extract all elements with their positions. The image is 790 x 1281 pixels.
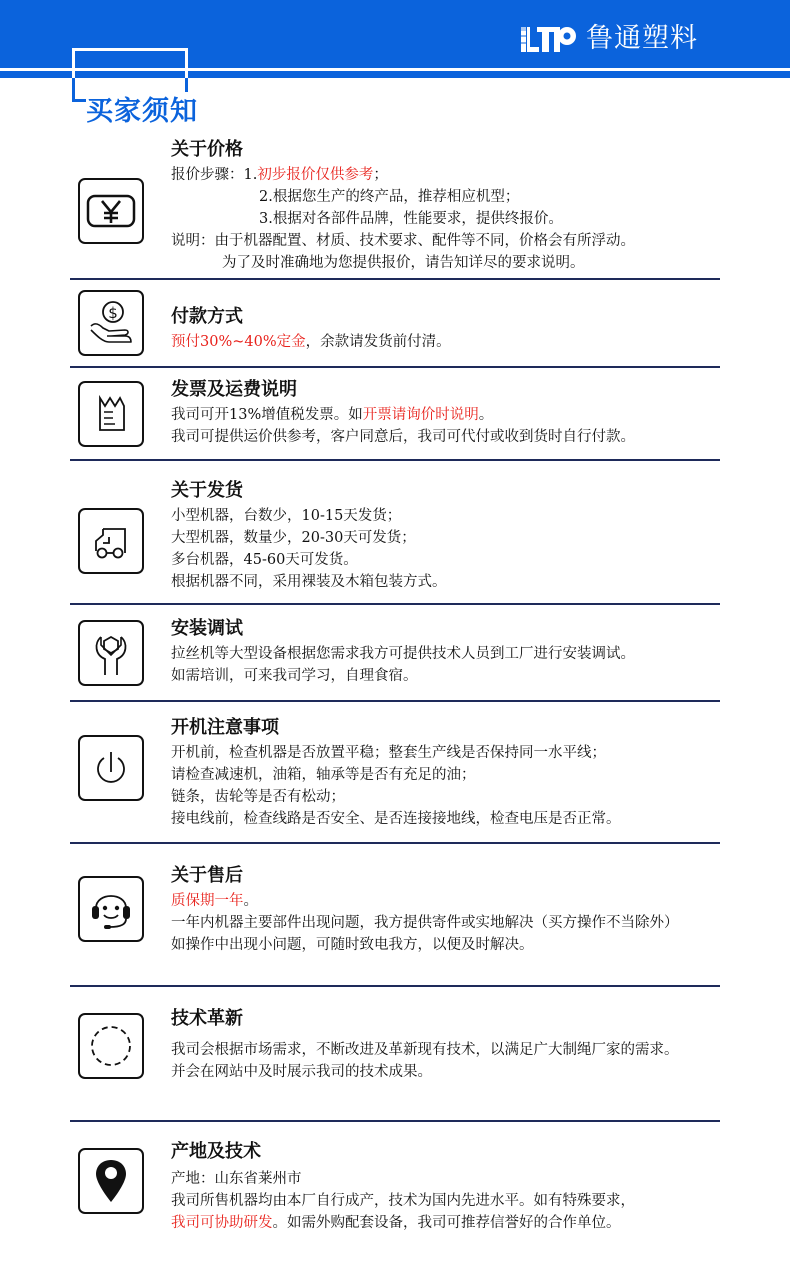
section-install: 安装调试 拉丝机等大型设备根据您需求我方可提供技术人员到工厂进行安装调试。 如需… bbox=[70, 605, 720, 702]
invoice-line-2: 我司可提供运价供参考，客户同意后，我司可代付或收到货时自行付款。 bbox=[171, 426, 731, 448]
startup-icon-box bbox=[78, 735, 144, 801]
install-icon-box bbox=[78, 620, 144, 686]
price-note-2: 为了及时准确地为您提供报价，请告知详尽的要求说明。 bbox=[171, 252, 731, 274]
note-label: 说明： bbox=[171, 233, 215, 249]
title-frame-left-stroke bbox=[72, 78, 75, 101]
payment-text: ，余款请发货前付清。 bbox=[306, 334, 451, 350]
location-pin-icon bbox=[91, 1156, 131, 1206]
section-title: 开机注意事项 bbox=[171, 716, 731, 740]
highlight-text: 开票请询价时说明 bbox=[363, 407, 479, 423]
price-note: 说明：由于机器配置、材质、技术要求、配件等不同，价格会有所浮动。 bbox=[171, 230, 731, 252]
highlight-text: 预付30%~40%定金 bbox=[171, 334, 306, 350]
startup-line: 开机前，检查机器是否放置平稳；整套生产线是否保持同一水平线； bbox=[171, 742, 731, 764]
highlight-text: 质保期一年 bbox=[171, 893, 244, 909]
punctuation: 。 bbox=[244, 893, 259, 909]
payment-icon-box: $ bbox=[78, 290, 144, 356]
invoice-icon-box bbox=[78, 381, 144, 447]
invoice-text: 我司可开13%增值税发票。如 bbox=[171, 407, 363, 423]
dashed-circle-icon bbox=[87, 1022, 135, 1070]
section-title: 关于发货 bbox=[171, 479, 731, 503]
innovation-line: 我司会根据市场需求，不断改进及革新现有技术，以满足广大制绳厂家的需求。 bbox=[171, 1039, 719, 1061]
title-frame-decoration bbox=[72, 48, 188, 92]
origin-icon-box bbox=[78, 1148, 144, 1214]
aftersales-line: 一年内机器主要部件出现问题，我方提供寄件或实地解决（买方操作不当除外） bbox=[171, 912, 719, 934]
section-shipping: 关于发货 小型机器，台数少，10-15天发货； 大型机器，数量少，20-30天可… bbox=[70, 461, 720, 605]
innovation-icon-box bbox=[78, 1013, 144, 1079]
section-origin: 产地及技术 产地：山东省莱州市 我司所售机器均由本厂自行成产，技术为国内先进水平… bbox=[70, 1122, 720, 1252]
shipping-line: 小型机器，台数少，10-15天发货； bbox=[171, 505, 731, 527]
shipping-icon-box bbox=[78, 508, 144, 574]
section-title: 安装调试 bbox=[171, 617, 731, 641]
highlight-text: 我司可协助研发 bbox=[171, 1215, 273, 1231]
startup-line: 请检查减速机，油箱，轴承等是否有充足的油； bbox=[171, 764, 731, 786]
innovation-line: 并会在网站中及时展示我司的技术成果。 bbox=[171, 1061, 731, 1083]
aftersales-line: 如操作中出现小问题，可随时致电我方，以便及时解决。 bbox=[171, 934, 731, 956]
shipping-line: 多台机器，45-60天可发货。 bbox=[171, 549, 731, 571]
price-icon-box bbox=[78, 178, 144, 244]
payment-line: 预付30%~40%定金，余款请发货前付清。 bbox=[171, 331, 731, 353]
aftersales-icon-box bbox=[78, 876, 144, 942]
section-title: 关于价格 bbox=[171, 138, 731, 162]
startup-line: 链条，齿轮等是否有松动； bbox=[171, 786, 731, 808]
hand-coin-icon: $ bbox=[85, 298, 137, 348]
warranty-line: 质保期一年。 bbox=[171, 890, 731, 912]
price-steps-label: 报价步骤： bbox=[171, 167, 244, 183]
shipping-line: 根据机器不同，采用裸装及木箱包装方式。 bbox=[171, 571, 731, 593]
truck-icon bbox=[87, 519, 135, 563]
page-title: 买家须知 bbox=[86, 92, 198, 132]
punctuation: ； bbox=[373, 167, 388, 183]
brand-logo: 鲁通塑料 bbox=[520, 22, 698, 56]
shipping-line: 大型机器，数量少，20-30天可发货； bbox=[171, 527, 731, 549]
section-title: 产地及技术 bbox=[171, 1140, 731, 1164]
wrench-nut-icon bbox=[87, 627, 135, 679]
startup-line: 接电线前，检查线路是否安全、是否连接接地线，检查电压是否正常。 bbox=[171, 808, 731, 830]
section-aftersales: 关于售后 质保期一年。 一年内机器主要部件出现问题，我方提供寄件或实地解决（买方… bbox=[70, 844, 720, 987]
price-step-2: 2.根据您生产的终产品，推荐相应机型； bbox=[171, 186, 731, 208]
install-line: 如需培训，可来我司学习，自理食宿。 bbox=[171, 665, 731, 687]
headset-icon bbox=[86, 884, 136, 934]
section-title: 发票及运费说明 bbox=[171, 378, 731, 402]
brand-name: 鲁通塑料 bbox=[586, 22, 698, 56]
origin-line: 产地：山东省莱州市 bbox=[171, 1168, 731, 1190]
ltp-logo-icon bbox=[520, 24, 578, 54]
section-title: 技术革新 bbox=[171, 1007, 731, 1031]
section-invoice: 发票及运费说明 我司可开13%增值税发票。如开票请询价时说明。 我司可提供运价供… bbox=[70, 368, 720, 461]
step-number: 1. bbox=[244, 167, 258, 183]
yen-icon bbox=[85, 191, 137, 231]
origin-text: 。如需外购配套设备，我司可推荐信誉好的合作单位。 bbox=[273, 1215, 621, 1231]
svg-text:$: $ bbox=[108, 304, 118, 322]
origin-line: 我司所售机器均由本厂自行成产，技术为国内先进水平。如有特殊要求， bbox=[171, 1190, 731, 1212]
section-price: 关于价格 报价步骤：1.初步报价仅供参考； 2.根据您生产的终产品，推荐相应机型… bbox=[70, 138, 720, 281]
title-frame-hook bbox=[72, 99, 86, 102]
price-step-1: 报价步骤：1.初步报价仅供参考； bbox=[171, 164, 731, 186]
receipt-icon bbox=[91, 392, 131, 436]
title-frame-right-stroke bbox=[185, 78, 188, 92]
section-innovation: 技术革新 我司会根据市场需求，不断改进及革新现有技术，以满足广大制绳厂家的需求。… bbox=[70, 987, 720, 1122]
section-startup: 开机注意事项 开机前，检查机器是否放置平稳；整套生产线是否保持同一水平线； 请检… bbox=[70, 702, 720, 844]
note-text: 由于机器配置、材质、技术要求、配件等不同，价格会有所浮动。 bbox=[215, 233, 636, 249]
install-line: 拉丝机等大型设备根据您需求我方可提供技术人员到工厂进行安装调试。 bbox=[171, 643, 731, 665]
invoice-line-1: 我司可开13%增值税发票。如开票请询价时说明。 bbox=[171, 404, 731, 426]
origin-line: 我司可协助研发。如需外购配套设备，我司可推荐信誉好的合作单位。 bbox=[171, 1212, 731, 1234]
section-payment: $ 付款方式 预付30%~40%定金，余款请发货前付清。 bbox=[70, 281, 720, 368]
section-title: 付款方式 bbox=[171, 305, 731, 329]
power-icon bbox=[89, 746, 133, 790]
section-divider bbox=[70, 278, 720, 280]
highlight-text: 初步报价仅供参考 bbox=[257, 167, 373, 183]
punctuation: 。 bbox=[479, 407, 494, 423]
price-step-3: 3.根据对各部件品牌，性能要求，提供终报价。 bbox=[171, 208, 731, 230]
section-title: 关于售后 bbox=[171, 864, 731, 888]
